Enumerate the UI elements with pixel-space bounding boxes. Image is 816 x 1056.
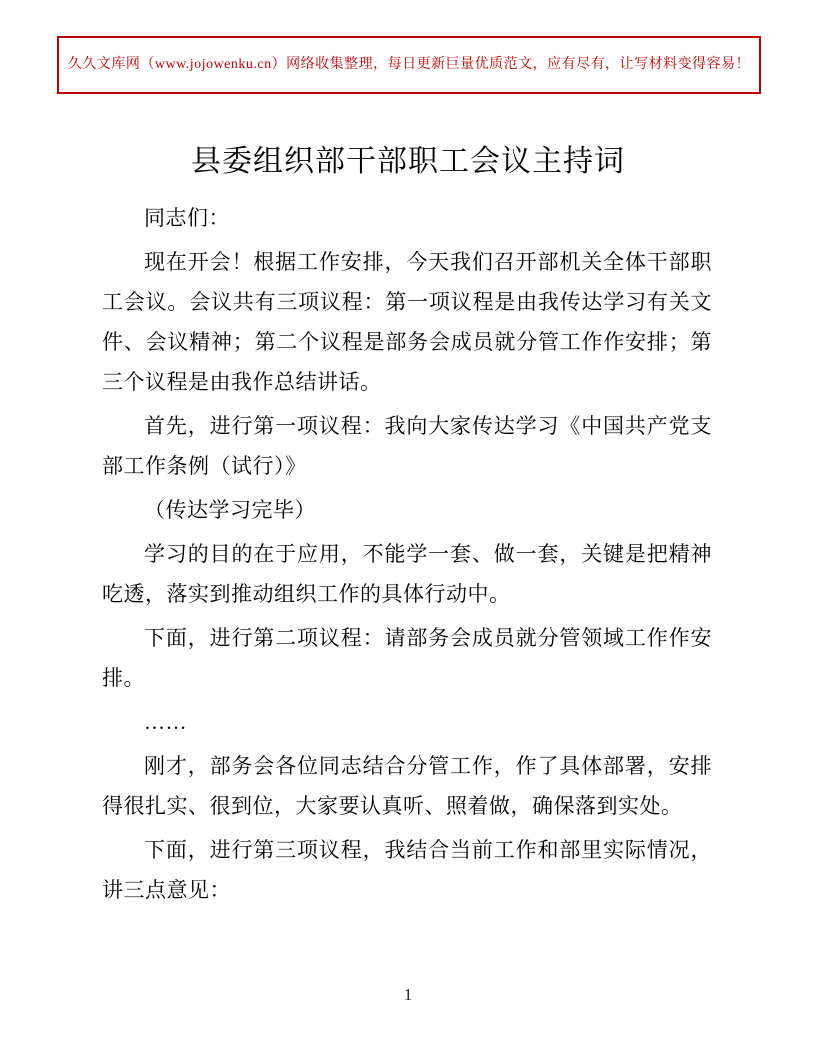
paragraph: 刚才，部务会各位同志结合分管工作，作了具体部署，安排得很扎实、很到位，大家要认真… (102, 746, 712, 826)
paragraph: 学习的目的在于应用，不能学一套、做一套，关键是把精神吃透，落实到推动组织工作的具… (102, 534, 712, 614)
document-page: 久久文库网（www.jojowenku.cn）网络收集整理，每日更新巨量优质范文… (0, 0, 816, 1056)
paragraph: （传达学习完毕） (102, 490, 712, 530)
watermark-notice-box: 久久文库网（www.jojowenku.cn）网络收集整理，每日更新巨量优质范文… (57, 36, 761, 94)
paragraph: 下面，进行第二项议程：请部务会成员就分管领域工作作安排。 (102, 618, 712, 698)
document-title: 县委组织部干部职工会议主持词 (0, 140, 816, 184)
page-number: 1 (0, 984, 816, 1006)
paragraph: 首先，进行第一项议程：我向大家传达学习《中国共产党支部工作条例（试行）》 (102, 406, 712, 486)
paragraph: 同志们： (102, 198, 712, 238)
paragraph: …… (102, 702, 712, 742)
watermark-notice-text: 久久文库网（www.jojowenku.cn）网络收集整理，每日更新巨量优质范文… (68, 56, 750, 74)
document-body: 同志们：现在开会！根据工作安排，今天我们召开部机关全体干部职工会议。会议共有三项… (102, 198, 712, 910)
paragraph: 现在开会！根据工作安排，今天我们召开部机关全体干部职工会议。会议共有三项议程：第… (102, 242, 712, 402)
paragraph: 下面，进行第三项议程，我结合当前工作和部里实际情况，讲三点意见： (102, 830, 712, 910)
